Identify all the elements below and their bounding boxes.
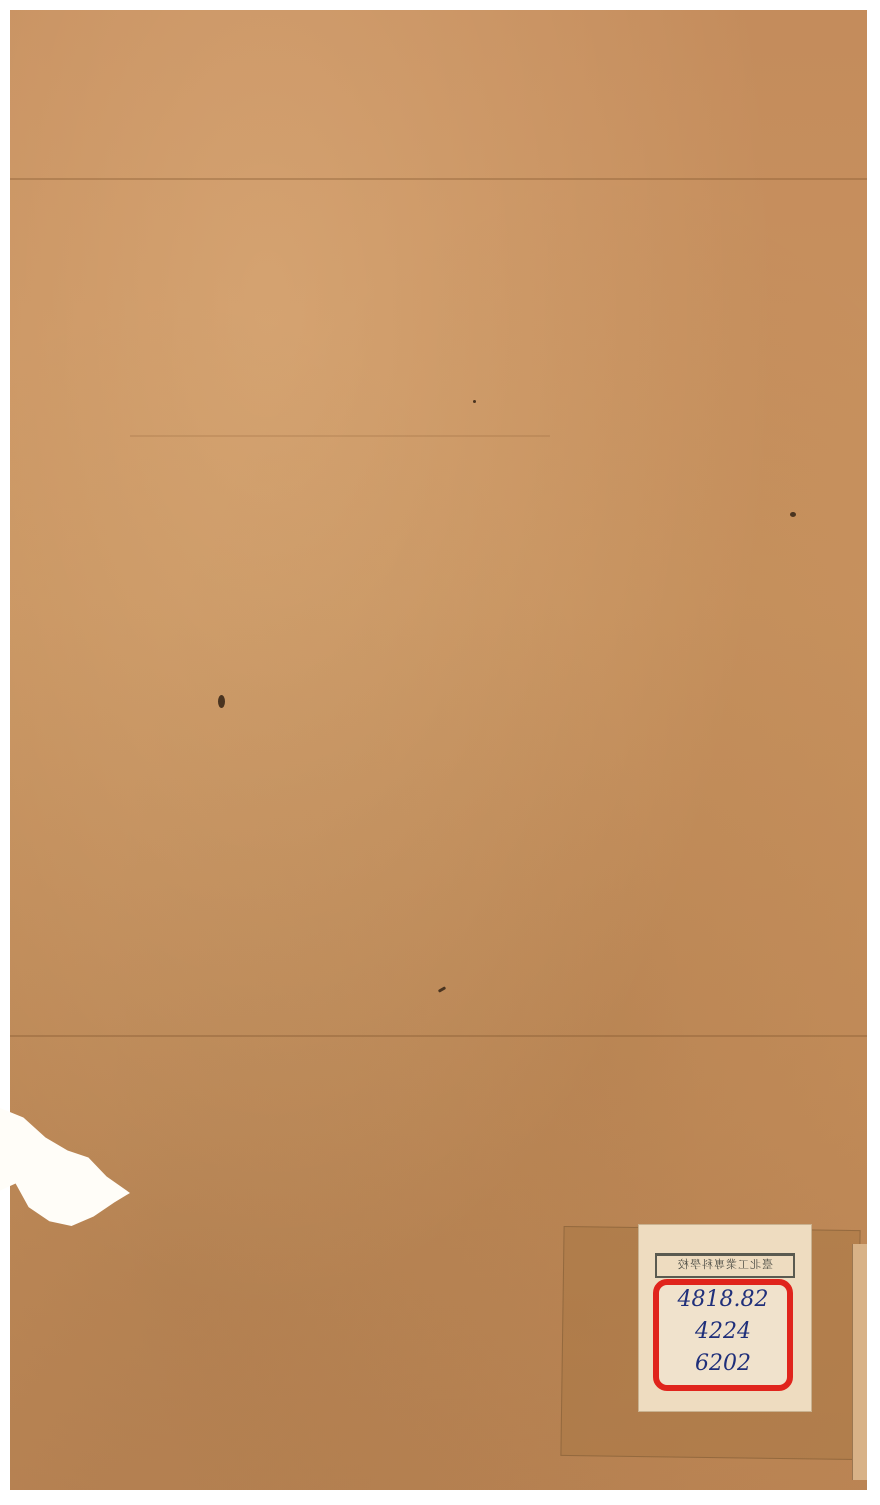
call-number-box: 4818.82 4224 6202 — [653, 1279, 793, 1391]
paper-stain — [790, 512, 796, 517]
library-call-number-label: 臺北工業專科學校 4818.82 4224 6202 — [638, 1224, 812, 1412]
paper-crease — [10, 1035, 867, 1037]
tape-edge — [852, 1244, 867, 1480]
paper-stain — [438, 986, 446, 993]
call-number-line-3: 6202 — [659, 1351, 787, 1376]
paper-crease — [130, 435, 550, 437]
institution-header: 臺北工業專科學校 — [655, 1253, 795, 1278]
paper-stain — [473, 400, 476, 403]
call-number-line-2: 4224 — [659, 1319, 787, 1344]
paper-crease — [10, 178, 867, 180]
call-number-line-1: 4818.82 — [659, 1287, 787, 1312]
paper-stain — [218, 695, 225, 708]
